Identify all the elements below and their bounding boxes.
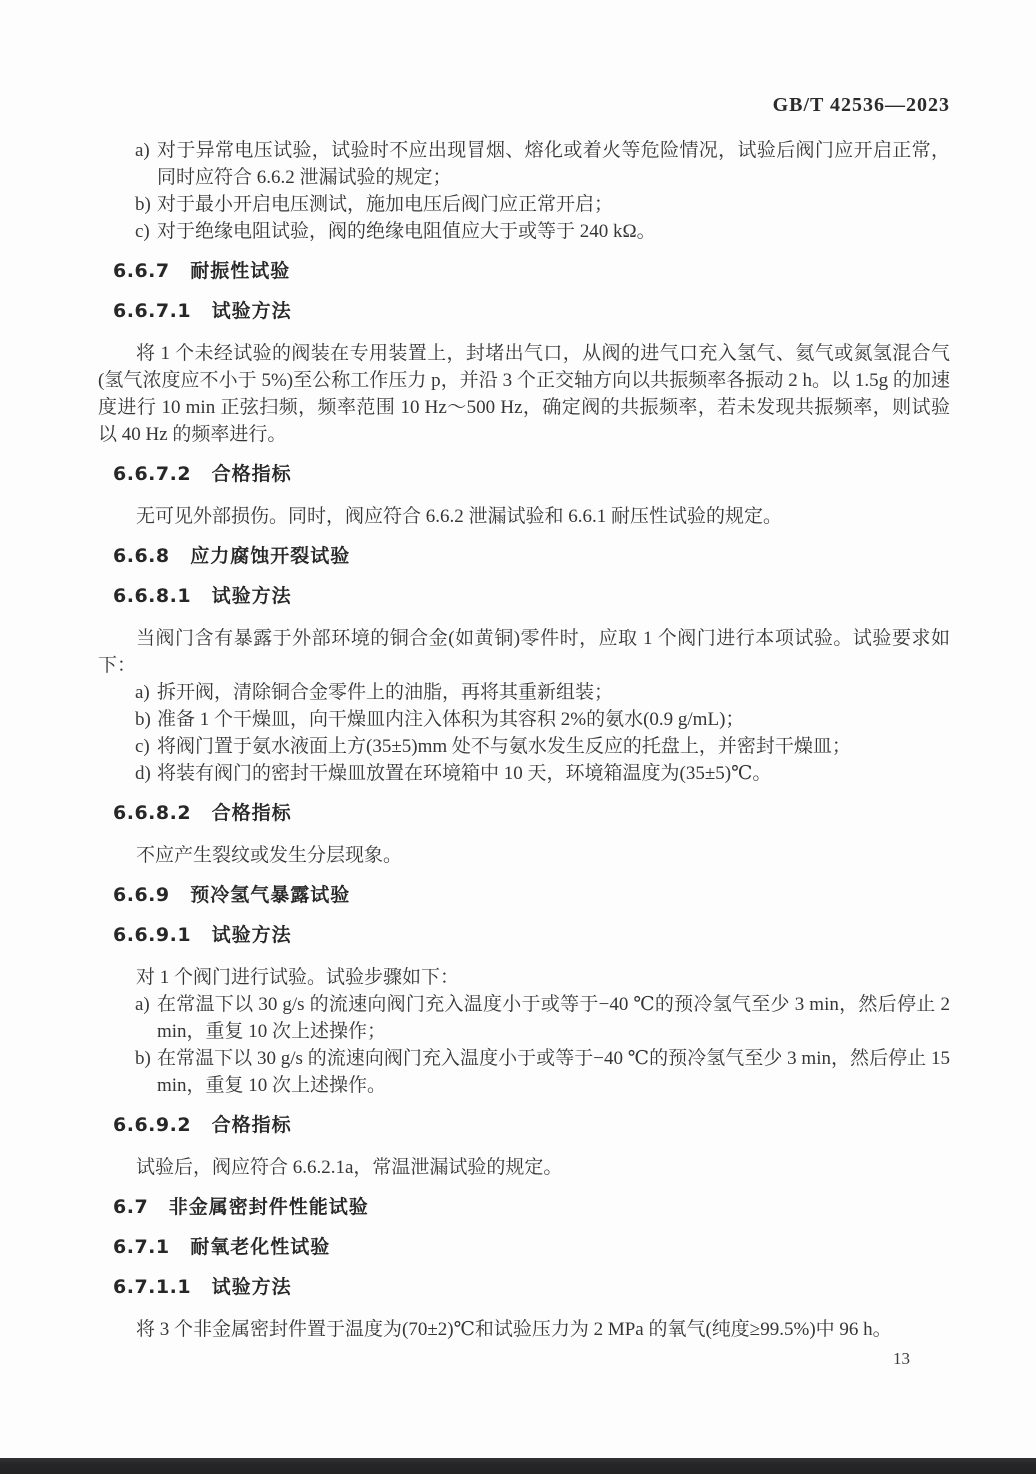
section-title: 试验方法 (212, 924, 292, 946)
list-item-marker: a) (135, 991, 157, 1018)
section-title: 耐氧老化性试验 (190, 1236, 330, 1258)
scan-edge-bottom (0, 1458, 1036, 1474)
heading-6-7: 6.7 非金属密封件性能试验 (98, 1194, 950, 1221)
list-item-text: 准备 1 个干燥皿，向干燥皿内注入体积为其容积 2%的氨水(0.9 g/mL)； (157, 706, 950, 733)
list-item-b: b) 对于最小开启电压测试，施加电压后阀门应正常开启； (98, 191, 950, 218)
heading-6-6-8-1: 6.6.8.1 试验方法 (98, 583, 950, 610)
section-number: 6.7 (113, 1196, 148, 1218)
body-paragraph: 无可见外部损伤。同时，阀应符合 6.6.2 泄漏试验和 6.6.1 耐压性试验的… (98, 503, 950, 530)
section-number: 6.6.7.1 (113, 300, 191, 322)
list-item-c: c) 对于绝缘电阻试验，阀的绝缘电阻值应大于或等于 240 kΩ。 (98, 218, 950, 245)
list-item-marker: d) (135, 760, 157, 787)
list-item-c: c) 将阀门置于氨水液面上方(35±5)mm 处不与氨水发生反应的托盘上，并密封… (98, 733, 950, 760)
clause-list: a) 对于异常电压试验，试验时不应出现冒烟、熔化或着火等危险情况，试验后阀门应开… (98, 137, 950, 245)
section-title: 试验方法 (212, 585, 292, 607)
body-paragraph: 当阀门含有暴露于外部环境的铜合金(如黄铜)零件时，应取 1 个阀门进行本项试验。… (98, 625, 950, 679)
list-item-text: 对于最小开启电压测试，施加电压后阀门应正常开启； (157, 191, 950, 218)
clause-list: a) 在常温下以 30 g/s 的流速向阀门充入温度小于或等于−40 ℃的预冷氢… (98, 991, 950, 1099)
section-number: 6.6.9.2 (113, 1114, 191, 1136)
list-item-marker: c) (135, 733, 157, 760)
body-paragraph: 将 3 个非金属密封件置于温度为(70±2)℃和试验压力为 2 MPa 的氧气(… (98, 1316, 950, 1343)
section-title: 耐振性试验 (190, 260, 290, 282)
list-item-text: 将装有阀门的密封干燥皿放置在环境箱中 10 天，环境箱温度为(35±5)℃。 (157, 760, 950, 787)
section-number: 6.6.8 (113, 545, 170, 567)
clause-list: a) 拆开阀，清除铜合金零件上的油脂，再将其重新组装； b) 准备 1 个干燥皿… (98, 679, 950, 787)
section-number: 6.6.9 (113, 884, 170, 906)
section-title: 应力腐蚀开裂试验 (190, 545, 350, 567)
list-item-text: 对于绝缘电阻试验，阀的绝缘电阻值应大于或等于 240 kΩ。 (157, 218, 950, 245)
list-item-marker: a) (135, 679, 157, 706)
document-page: GB/T 42536—2023 a) 对于异常电压试验，试验时不应出现冒烟、熔化… (0, 0, 1036, 1474)
list-item-marker: b) (135, 191, 157, 218)
body-paragraph: 不应产生裂纹或发生分层现象。 (98, 842, 950, 869)
section-title: 预冷氢气暴露试验 (190, 884, 350, 906)
section-number: 6.6.7.2 (113, 463, 191, 485)
section-title: 试验方法 (212, 300, 292, 322)
list-item-marker: c) (135, 218, 157, 245)
section-number: 6.6.8.1 (113, 585, 191, 607)
section-number: 6.6.8.2 (113, 802, 191, 824)
list-item-d: d) 将装有阀门的密封干燥皿放置在环境箱中 10 天，环境箱温度为(35±5)℃… (98, 760, 950, 787)
page-number: 13 (98, 1345, 950, 1372)
section-number: 6.7.1 (113, 1236, 170, 1258)
list-item-text: 在常温下以 30 g/s 的流速向阀门充入温度小于或等于−40 ℃的预冷氢气至少… (157, 991, 950, 1045)
list-item-text: 拆开阀，清除铜合金零件上的油脂，再将其重新组装； (157, 679, 950, 706)
section-title: 非金属密封件性能试验 (169, 1196, 369, 1218)
section-number: 6.6.9.1 (113, 924, 191, 946)
heading-6-6-8-2: 6.6.8.2 合格指标 (98, 800, 950, 827)
section-number: 6.7.1.1 (113, 1276, 191, 1298)
heading-6-7-1-1: 6.7.1.1 试验方法 (98, 1274, 950, 1301)
heading-6-6-9-1: 6.6.9.1 试验方法 (98, 922, 950, 949)
heading-6-6-7-2: 6.6.7.2 合格指标 (98, 461, 950, 488)
list-item-marker: b) (135, 1045, 157, 1072)
list-item-marker: b) (135, 706, 157, 733)
heading-6-6-7-1: 6.6.7.1 试验方法 (98, 298, 950, 325)
list-item-text: 将阀门置于氨水液面上方(35±5)mm 处不与氨水发生反应的托盘上，并密封干燥皿… (157, 733, 950, 760)
list-item-b: b) 准备 1 个干燥皿，向干燥皿内注入体积为其容积 2%的氨水(0.9 g/m… (98, 706, 950, 733)
list-item-a: a) 拆开阀，清除铜合金零件上的油脂，再将其重新组装； (98, 679, 950, 706)
list-item-a: a) 对于异常电压试验，试验时不应出现冒烟、熔化或着火等危险情况，试验后阀门应开… (98, 137, 950, 191)
heading-6-6-9-2: 6.6.9.2 合格指标 (98, 1112, 950, 1139)
page-content: GB/T 42536—2023 a) 对于异常电压试验，试验时不应出现冒烟、熔化… (98, 0, 950, 1474)
list-item-a: a) 在常温下以 30 g/s 的流速向阀门充入温度小于或等于−40 ℃的预冷氢… (98, 991, 950, 1045)
body-paragraph: 试验后，阀应符合 6.6.2.1a，常温泄漏试验的规定。 (98, 1154, 950, 1181)
section-number: 6.6.7 (113, 260, 170, 282)
body-paragraph: 对 1 个阀门进行试验。试验步骤如下： (98, 964, 950, 991)
section-title: 合格指标 (212, 463, 292, 485)
section-title: 合格指标 (212, 1114, 292, 1136)
heading-6-6-7: 6.6.7 耐振性试验 (98, 258, 950, 285)
heading-6-6-9: 6.6.9 预冷氢气暴露试验 (98, 882, 950, 909)
heading-6-7-1: 6.7.1 耐氧老化性试验 (98, 1234, 950, 1261)
section-title: 试验方法 (212, 1276, 292, 1298)
list-item-text: 在常温下以 30 g/s 的流速向阀门充入温度小于或等于−40 ℃的预冷氢气至少… (157, 1045, 950, 1099)
list-item-text: 对于异常电压试验，试验时不应出现冒烟、熔化或着火等危险情况，试验后阀门应开启正常… (157, 137, 950, 191)
heading-6-6-8: 6.6.8 应力腐蚀开裂试验 (98, 543, 950, 570)
body-paragraph: 将 1 个未经试验的阀装在专用装置上，封堵出气口，从阀的进气口充入氢气、氦气或氮… (98, 340, 950, 448)
section-title: 合格指标 (212, 802, 292, 824)
standard-code-header: GB/T 42536—2023 (98, 92, 950, 119)
list-item-b: b) 在常温下以 30 g/s 的流速向阀门充入温度小于或等于−40 ℃的预冷氢… (98, 1045, 950, 1099)
list-item-marker: a) (135, 137, 157, 164)
